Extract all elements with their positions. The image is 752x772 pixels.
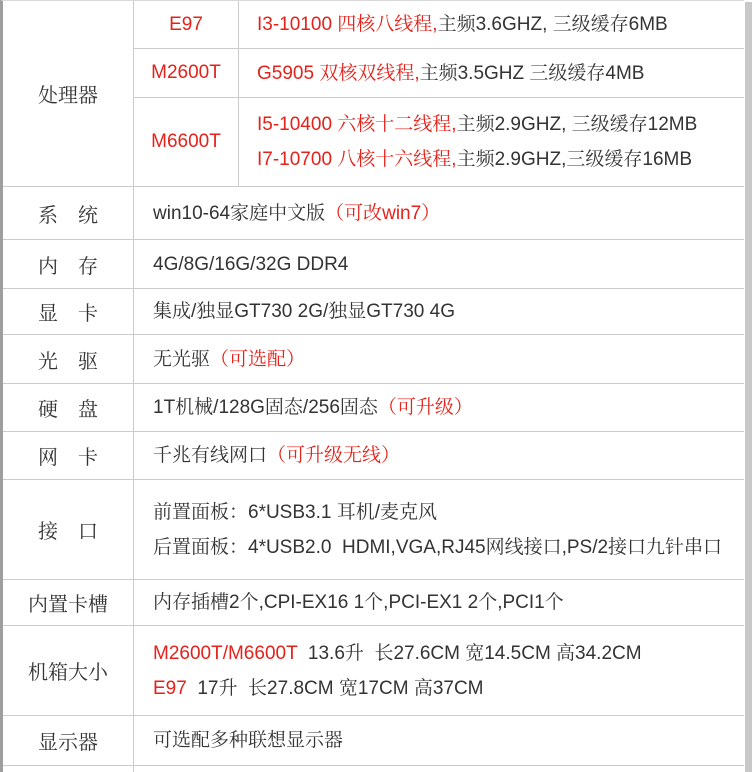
value-text: 可选配多种联想显示器 bbox=[153, 730, 343, 751]
row-label-ports: 接 口 bbox=[3, 480, 134, 579]
cpu-name-text: I5-10400 六核十二线程, bbox=[257, 114, 457, 135]
scrollbar[interactable] bbox=[745, 2, 752, 772]
row-label-case-size: 机箱大小 bbox=[3, 626, 134, 715]
case-size-line: E97 17升 长27.8CM 宽17CM 高37CM bbox=[153, 671, 738, 706]
row-value-os: win10-64家庭中文版（可改win7） bbox=[134, 187, 744, 239]
spec-sheet: 处理器 E97 I3-10100 四核八线程,主频3.6GHZ, 三级缓存6MB… bbox=[0, 0, 752, 772]
table-row-optical-drive: 光 驱 无光驱（可选配） bbox=[3, 335, 744, 384]
value-text: 集成/独显GT730 2G/独显GT730 4G bbox=[153, 301, 455, 322]
processor-subrow-m6600t: M6600T I5-10400 六核十二线程,主频2.9GHZ, 三级缓存12M… bbox=[134, 98, 744, 186]
value-text: 千兆有线网口 bbox=[153, 445, 267, 466]
value-text: win10-64家庭中文版 bbox=[153, 203, 325, 224]
row-value-storage: 1T机械/128G固态/256固态（可升级） bbox=[134, 384, 744, 431]
value-note-text: （可升级） bbox=[378, 397, 473, 418]
table-row-case-size: 机箱大小 M2600T/M6600T 13.6升 长27.6CM 宽14.5CM… bbox=[3, 626, 744, 716]
case-size-line: M2600T/M6600T 13.6升 长27.6CM 宽14.5CM 高34.… bbox=[153, 636, 738, 671]
cpu-spec-line: G5905 双核双线程,主频3.5GHZ 三级缓存4MB bbox=[257, 56, 738, 91]
row-value-memory: 4G/8G/16G/32G DDR4 bbox=[134, 240, 744, 288]
value-text: 无光驱 bbox=[153, 349, 210, 370]
model-cell-m6600t: M6600T bbox=[134, 98, 239, 186]
processor-subrow-m2600t: M2600T G5905 双核双线程,主频3.5GHZ 三级缓存4MB bbox=[134, 49, 744, 98]
value-text: 后置面板：4*USB2.0 HDMI,VGA,RJ45网线接口,PS/2接口九针… bbox=[153, 537, 722, 558]
value-line: 1T机械/128G固态/256固态（可升级） bbox=[153, 390, 738, 425]
cpu-name-text: I7-10700 八核十六线程, bbox=[257, 149, 457, 170]
table-row-monitor: 显示器 可选配多种联想显示器 bbox=[3, 716, 744, 766]
row-label-memory: 内 存 bbox=[3, 240, 134, 288]
value-note-text: （可升级无线） bbox=[267, 445, 400, 466]
row-label-expansion-slots: 内置卡槽 bbox=[3, 580, 134, 625]
partial-label-cell bbox=[3, 766, 134, 772]
value-note-text: （可改win7） bbox=[325, 203, 440, 224]
row-value-optical-drive: 无光驱（可选配） bbox=[134, 335, 744, 383]
row-value-monitor: 可选配多种联想显示器 bbox=[134, 716, 744, 765]
front-panel-line: 前置面板：6*USB3.1 耳机/麦克风 bbox=[153, 495, 738, 530]
cpu-detail-text: 主频3.6GHZ, 三级缓存6MB bbox=[438, 14, 668, 35]
row-value-ports: 前置面板：6*USB3.1 耳机/麦克风 后置面板：4*USB2.0 HDMI,… bbox=[134, 480, 744, 579]
row-label-graphics: 显 卡 bbox=[3, 289, 134, 334]
partial-value-cell bbox=[134, 766, 744, 772]
value-line: 千兆有线网口（可升级无线） bbox=[153, 438, 738, 473]
cpu-name-text: G5905 双核双线程, bbox=[257, 63, 420, 84]
value-text: 内存插槽2个,CPI-EX16 1个,PCI-EX1 2个,PCI1个 bbox=[153, 592, 564, 613]
row-value-graphics: 集成/独显GT730 2G/独显GT730 4G bbox=[134, 289, 744, 334]
processor-subrows: E97 I3-10100 四核八线程,主频3.6GHZ, 三级缓存6MB M26… bbox=[134, 1, 744, 186]
dimension-text: 13.6升 长27.6CM 宽14.5CM 高34.2CM bbox=[297, 643, 641, 664]
rear-panel-line: 后置面板：4*USB2.0 HDMI,VGA,RJ45网线接口,PS/2接口九针… bbox=[153, 530, 738, 565]
row-label-os: 系 统 bbox=[3, 187, 134, 239]
row-label-optical-drive: 光 驱 bbox=[3, 335, 134, 383]
processor-subrow-e97: E97 I3-10100 四核八线程,主频3.6GHZ, 三级缓存6MB bbox=[134, 1, 744, 49]
value-text: 1T机械/128G固态/256固态 bbox=[153, 397, 378, 418]
dimension-text: 17升 长27.8CM 宽17CM 高37CM bbox=[187, 678, 484, 699]
row-label-monitor: 显示器 bbox=[3, 716, 134, 765]
table-row-storage: 硬 盘 1T机械/128G固态/256固态（可升级） bbox=[3, 384, 744, 432]
cpu-detail-text: 主频3.5GHZ 三级缓存4MB bbox=[420, 63, 645, 84]
model-cell-m2600t: M2600T bbox=[134, 49, 239, 97]
cpu-spec-cell: I5-10400 六核十二线程,主频2.9GHZ, 三级缓存12MB I7-10… bbox=[239, 98, 744, 186]
cpu-spec-cell: I3-10100 四核八线程,主频3.6GHZ, 三级缓存6MB bbox=[239, 1, 744, 48]
table-row-partial bbox=[3, 766, 744, 772]
cpu-name-text: I3-10100 四核八线程, bbox=[257, 14, 438, 35]
value-line: 可选配多种联想显示器 bbox=[153, 723, 738, 758]
cpu-detail-text: 主频2.9GHZ,三级缓存16MB bbox=[457, 149, 692, 170]
row-label-processor: 处理器 bbox=[3, 1, 134, 186]
table-row-memory: 内 存 4G/8G/16G/32G DDR4 bbox=[3, 240, 744, 289]
model-name-text: E97 bbox=[153, 678, 187, 699]
row-label-storage: 硬 盘 bbox=[3, 384, 134, 431]
table-row-graphics: 显 卡 集成/独显GT730 2G/独显GT730 4G bbox=[3, 289, 744, 335]
value-note-text: （可选配） bbox=[210, 349, 305, 370]
value-line: 内存插槽2个,CPI-EX16 1个,PCI-EX1 2个,PCI1个 bbox=[153, 585, 738, 620]
table-row-processor: 处理器 E97 I3-10100 四核八线程,主频3.6GHZ, 三级缓存6MB… bbox=[3, 1, 744, 187]
value-line: 4G/8G/16G/32G DDR4 bbox=[153, 247, 738, 282]
cpu-spec-line: I3-10100 四核八线程,主频3.6GHZ, 三级缓存6MB bbox=[257, 7, 738, 42]
value-line: 集成/独显GT730 2G/独显GT730 4G bbox=[153, 294, 738, 329]
table-row-expansion-slots: 内置卡槽 内存插槽2个,CPI-EX16 1个,PCI-EX1 2个,PCI1个 bbox=[3, 580, 744, 626]
cpu-detail-text: 主频2.9GHZ, 三级缓存12MB bbox=[457, 114, 698, 135]
row-label-network: 网 卡 bbox=[3, 432, 134, 479]
cpu-spec-line: I7-10700 八核十六线程,主频2.9GHZ,三级缓存16MB bbox=[257, 142, 738, 177]
spec-table: 处理器 E97 I3-10100 四核八线程,主频3.6GHZ, 三级缓存6MB… bbox=[0, 0, 744, 772]
row-value-network: 千兆有线网口（可升级无线） bbox=[134, 432, 744, 479]
row-value-expansion-slots: 内存插槽2个,CPI-EX16 1个,PCI-EX1 2个,PCI1个 bbox=[134, 580, 744, 625]
model-cell-e97: E97 bbox=[134, 1, 239, 48]
table-row-ports: 接 口 前置面板：6*USB3.1 耳机/麦克风 后置面板：4*USB2.0 H… bbox=[3, 480, 744, 580]
model-name-text: M2600T/M6600T bbox=[153, 643, 297, 664]
value-text: 4G/8G/16G/32G DDR4 bbox=[153, 254, 348, 275]
table-row-network: 网 卡 千兆有线网口（可升级无线） bbox=[3, 432, 744, 480]
cpu-spec-cell: G5905 双核双线程,主频3.5GHZ 三级缓存4MB bbox=[239, 49, 744, 97]
value-line: win10-64家庭中文版（可改win7） bbox=[153, 196, 738, 231]
row-value-case-size: M2600T/M6600T 13.6升 长27.6CM 宽14.5CM 高34.… bbox=[134, 626, 744, 715]
value-line: 无光驱（可选配） bbox=[153, 342, 738, 377]
cpu-spec-line: I5-10400 六核十二线程,主频2.9GHZ, 三级缓存12MB bbox=[257, 107, 738, 142]
table-row-os: 系 统 win10-64家庭中文版（可改win7） bbox=[3, 187, 744, 240]
value-text: 前置面板：6*USB3.1 耳机/麦克风 bbox=[153, 502, 437, 523]
